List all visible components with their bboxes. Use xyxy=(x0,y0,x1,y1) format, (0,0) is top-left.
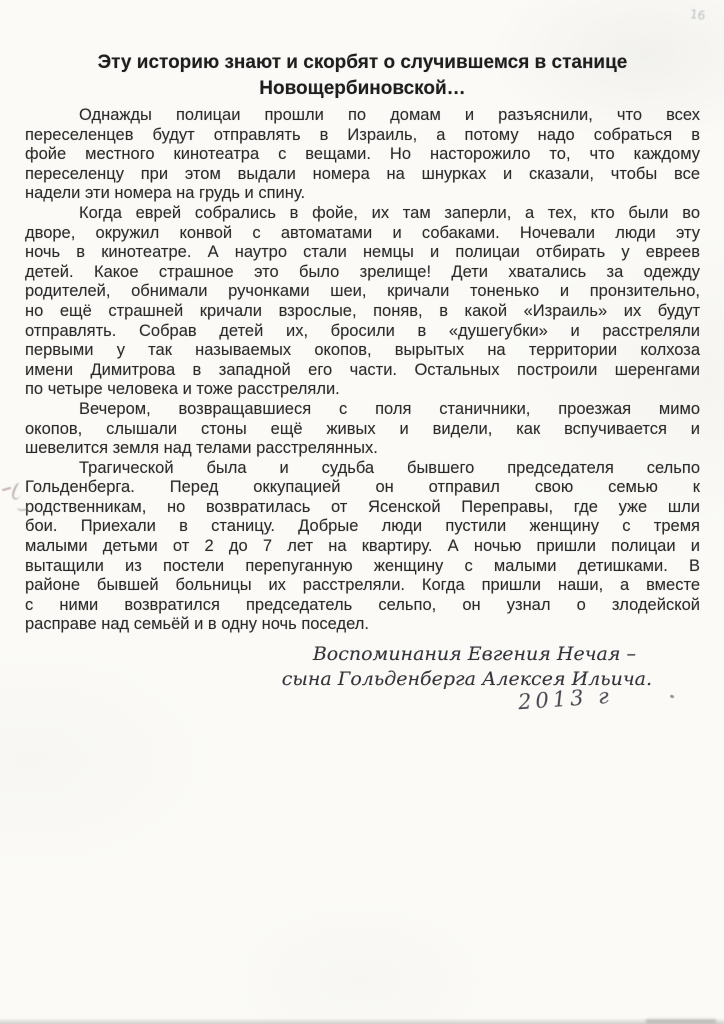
text-line: Однажды полицаи прошли по домам и разъяс… xyxy=(25,106,700,126)
text-line: Вечером, возвращавшиеся с поля станичник… xyxy=(25,400,700,420)
paragraph-3: Вечером, возвращавшиеся с поля станичник… xyxy=(25,400,700,459)
attribution-line-1: Воспоминания Евгения Нечая – xyxy=(25,642,700,667)
text-line: по четыре человека и тоже расстреляли. xyxy=(25,380,700,400)
text-line: окопов, слышали стоны ещё живых и видели… xyxy=(25,420,700,440)
title-line-1: Эту историю знают и скорбят о случившемс… xyxy=(25,50,700,76)
ink-speck xyxy=(670,694,675,698)
scan-bottom-edge xyxy=(0,1018,724,1024)
text-line: вытащили из постели перепуганную женщину… xyxy=(25,557,700,577)
text-line: расправе над семьёй и в одну ночь поседе… xyxy=(25,615,700,635)
text-line: с ними возвратился председатель сельпо, … xyxy=(25,596,700,616)
text-line: родителей, обнимали ручонками шеи, крича… xyxy=(25,282,700,302)
text-line: районе бывшей больницы их расстреляли. К… xyxy=(25,576,700,596)
document-title: Эту историю знают и скорбят о случившемс… xyxy=(25,50,700,102)
text-line: надели эти номера на грудь и спину. xyxy=(25,184,700,204)
text-line: но ещё страшней кричали взрослые, поняв,… xyxy=(25,302,700,322)
document-page: Эту историю знают и скорбят о случившемс… xyxy=(25,50,700,692)
title-line-2: Новощербиновской… xyxy=(25,76,700,102)
text-line: детей. Какое страшное это было зрелище! … xyxy=(25,263,700,283)
text-line: первыми у так называемых окопов, вырытых… xyxy=(25,341,700,361)
text-line: переселенцев будут отправлять в Израиль,… xyxy=(25,126,700,146)
handwritten-year: 2013 г xyxy=(517,684,613,715)
text-line: имени Димитрова в западной его части. Ос… xyxy=(25,361,700,381)
text-line: бои. Приехали в станицу. Добрые люди пус… xyxy=(25,517,700,537)
text-line: родственникам, но возвратилась от Ясенск… xyxy=(25,498,700,518)
text-line: отправлять. Собрав детей их, бросили в «… xyxy=(25,322,700,342)
scan-bottom-edge-shadow xyxy=(646,1019,716,1023)
text-line: Гольденберга. Перед оккупацией он отправ… xyxy=(25,478,700,498)
margin-scribble-2 xyxy=(10,482,25,501)
text-line: переселенцу при этом выдали номера на шн… xyxy=(25,165,700,185)
pencil-page-number: 16 xyxy=(689,7,706,23)
paragraph-2: Когда еврей собрались в фойе, их там зап… xyxy=(25,204,700,400)
text-line: малыми детьми от 2 до 7 лет на квартиру.… xyxy=(25,537,700,557)
text-line: ночь в кинотеатре. А наутро стали немцы … xyxy=(25,243,700,263)
margin-scribble-1 xyxy=(2,486,11,491)
text-line: Трагической была и судьба бывшего предсе… xyxy=(25,459,700,479)
paragraph-1: Однажды полицаи прошли по домам и разъяс… xyxy=(25,106,700,204)
text-line: фойе местного кинотеатра с вещами. Но на… xyxy=(25,145,700,165)
text-line: шевелится земля над телами расстрелянных… xyxy=(25,439,700,459)
paragraph-4: Трагической была и судьба бывшего предсе… xyxy=(25,459,700,635)
text-line: дворе, окружил конвой с автоматами и соб… xyxy=(25,224,700,244)
text-line: Когда еврей собрались в фойе, их там зап… xyxy=(25,204,700,224)
